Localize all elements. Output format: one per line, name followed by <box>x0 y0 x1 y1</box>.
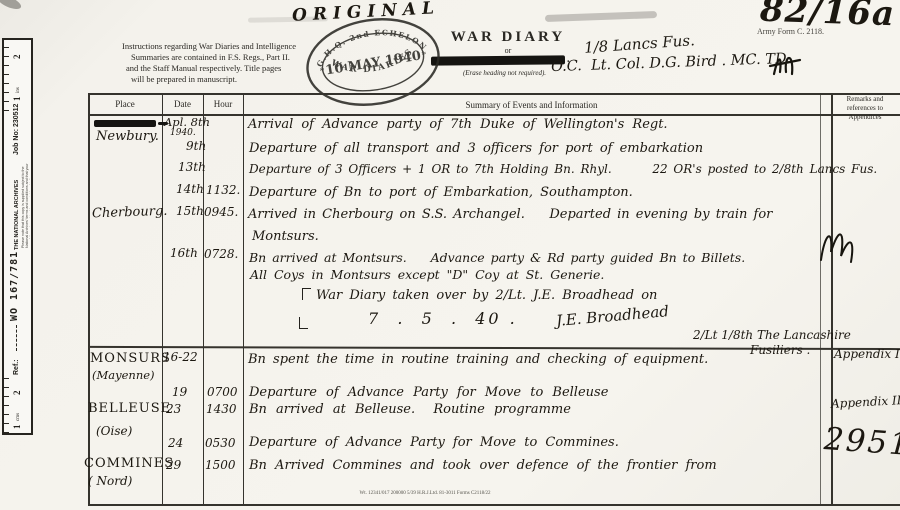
stamp-date: 10 MAY 1940 <box>324 49 422 79</box>
hour-entry: 0945. <box>204 205 238 219</box>
unit-entry: 1/8 Lancs Fus. <box>584 31 696 57</box>
archive-name: THE NATIONAL ARCHIVES <box>14 180 20 250</box>
hour-entry: 0530 <box>205 436 236 450</box>
ins-ruler-ticks <box>4 40 9 111</box>
job-number: Job No: 230512 <box>13 104 20 155</box>
summary-line: 2/Lt 1/8th The Lancashire <box>693 328 851 342</box>
remarks-header-line: Appendices <box>832 113 898 122</box>
national-archives-strip: 1 cms 2 Ref.: WO 167/781 THE NATIONAL AR… <box>2 38 33 435</box>
hour-entry: 0728. <box>204 247 238 261</box>
struck-place-name <box>94 120 156 127</box>
remark-number: 2951 <box>823 421 900 463</box>
place-entry: BELLEUSE <box>88 401 171 416</box>
summary-line: Bn spent the time in routine training an… <box>248 352 708 367</box>
date-entry: 16th <box>170 246 198 260</box>
form-title-or: or <box>447 46 569 55</box>
remark-entry: Appendix II <box>831 393 900 411</box>
summary-line: Montsurs. <box>252 229 319 244</box>
note-bracket-top <box>302 288 311 300</box>
date-entry: 15th <box>176 204 204 218</box>
date-entry: 23 <box>166 402 181 416</box>
ruler-cm-2: 2 <box>12 391 22 396</box>
date-entry: 16-22 <box>163 350 198 364</box>
archive-reference: WO 167/781 <box>9 251 20 321</box>
war-diary-scan: 1 cms 2 Ref.: WO 167/781 THE NATIONAL AR… <box>0 0 900 510</box>
summary-line: Departure of all transport and 3 officer… <box>249 141 703 156</box>
strike-scribble-mark <box>766 48 804 80</box>
summary-line: Bn arrived at Montsurs. Advance party & … <box>249 250 745 265</box>
place-entry: Cherbourg. <box>92 204 168 222</box>
ref-label: Ref.: <box>13 359 20 375</box>
hour-entry: 1500 <box>205 458 236 472</box>
ruler-cm-unit: cms <box>16 413 21 421</box>
place-entry: COMMINES <box>84 456 174 471</box>
page-edge-line <box>820 93 821 504</box>
ruler-in-unit: ins <box>16 87 21 93</box>
summary-line: Arrived in Cherbourg on S.S. Archangel. … <box>248 207 772 222</box>
column-header-place: Place <box>88 99 162 109</box>
diary-handover-date: 7 . 5 . 40 . <box>368 309 518 328</box>
place-date-divider <box>162 93 163 504</box>
place-entry: (Oise) <box>96 424 132 438</box>
summary-line: Departure of Advance Party for Move to B… <box>249 385 608 400</box>
corner-reference: 82/16a <box>759 0 895 34</box>
summary-line: Bn arrived at Belleuse. Routine programm… <box>249 402 571 417</box>
table-top-rule <box>88 93 900 95</box>
date-entry: 9th <box>186 139 206 153</box>
struck-intelligence-summary <box>431 55 565 65</box>
summary-line: Bn Arrived Commines and took over defenc… <box>249 458 717 473</box>
hour-summary-divider <box>243 93 244 504</box>
date-entry: 14th <box>176 182 204 196</box>
date-hour-divider <box>203 93 204 504</box>
place-entry: (Mayenne) <box>92 368 155 382</box>
place-entry: Newbury. <box>96 129 159 144</box>
column-header-hour: Hour <box>203 99 243 109</box>
hour-entry: 1430 <box>206 402 237 416</box>
printers-imprint: Wt. 12341/017 200000 5/39 H.R.J.Ltd. 81-… <box>290 491 560 496</box>
ref-bracket-dashes <box>16 325 17 351</box>
table-left-rule <box>88 93 90 504</box>
table-bottom-rule <box>88 504 900 506</box>
hour-entry: 1132. <box>206 183 240 197</box>
form-title: WAR DIARY <box>447 29 569 46</box>
column-header-summary: Summary of Events and Information <box>243 100 820 110</box>
summary-line: Fusiliers . <box>750 343 810 357</box>
archives-strip-content: 1 cms 2 Ref.: WO 167/781 THE NATIONAL AR… <box>4 40 31 433</box>
date-entry: 13th <box>178 160 206 174</box>
cms-ruler-ticks <box>4 375 9 433</box>
date-entry: Apl. 8th <box>164 115 210 129</box>
ruler-in-2: 2 <box>12 55 22 60</box>
margin-initials-mark <box>815 222 863 268</box>
column-header-date: Date <box>162 99 203 109</box>
ruler-in-1: 1 <box>12 97 22 102</box>
note-bracket-bottom <box>299 317 308 329</box>
signature: J.E. Broadhead <box>555 302 669 330</box>
summary-line: Departure of Bn to port of Embarkation, … <box>249 185 633 200</box>
summary-line: All Coys in Montsurs except "D" Coy at S… <box>250 267 604 282</box>
summary-line: Departure of Advance Party for Move to C… <box>249 435 619 450</box>
date-entry: 24 <box>168 436 183 450</box>
summary-line: War Diary taken over by 2/Lt. J.E. Broad… <box>316 288 657 303</box>
summary-line: Departure of 3 Officers + 1 OR to 7th Ho… <box>249 162 877 176</box>
scan-corner-mark <box>0 0 23 12</box>
ruler-cm-1: 1 <box>12 425 22 430</box>
place-entry: ( Nord) <box>88 474 132 488</box>
place-entry: MONSURS <box>90 351 171 366</box>
column-header-remarks: Remarks and references to Appendices <box>832 95 898 122</box>
remarks-header-line: references to <box>832 104 898 113</box>
date-entry-year: 1940. <box>170 128 196 138</box>
summary-line: Arrival of Advance party of 7th Duke of … <box>248 117 668 132</box>
archive-conditions: Please note that this copy is supplied s… <box>21 160 30 248</box>
stamp-star-right: * <box>421 50 428 62</box>
remark-entry: Appendix I <box>834 347 900 361</box>
remarks-header-line: Remarks and <box>832 95 898 104</box>
hour-entry: 0700 <box>207 385 238 399</box>
date-entry: 19 <box>172 385 187 399</box>
ink-smear <box>545 11 657 22</box>
date-entry: 29 <box>166 458 181 472</box>
